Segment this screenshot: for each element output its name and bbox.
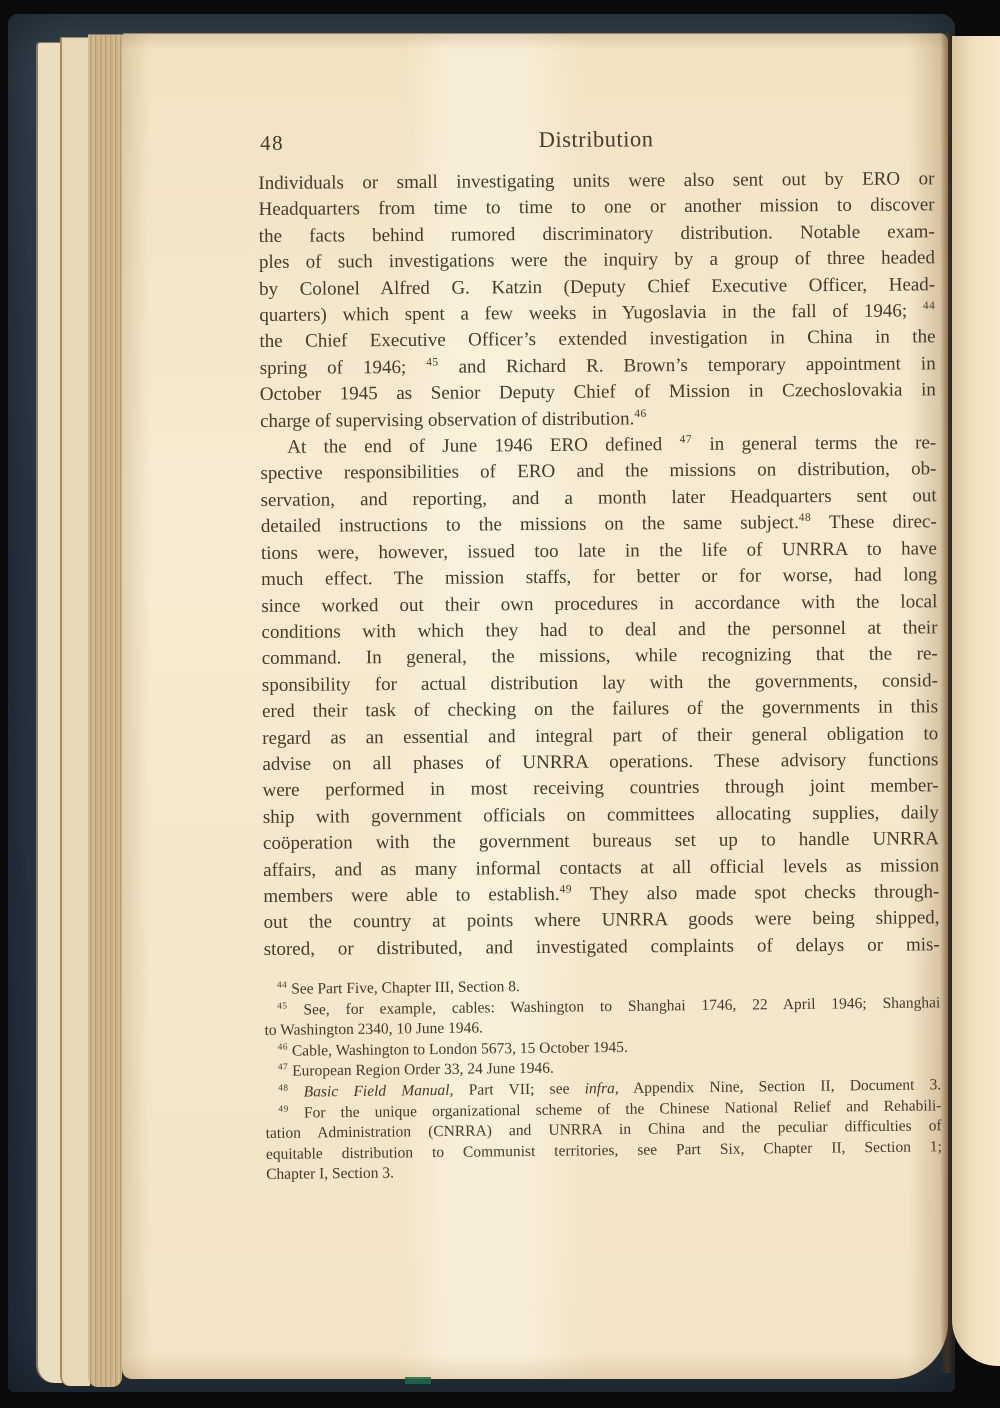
footnote-ref: 49 bbox=[278, 1104, 288, 1114]
text-run: much effect. The mission staffs, for bet… bbox=[261, 564, 937, 590]
footnote-ref: 47 bbox=[278, 1063, 288, 1073]
text-line: stored, or distributed, and investigated… bbox=[264, 932, 940, 963]
body-paragraph: Individuals or small investigating units… bbox=[258, 166, 936, 435]
text-run: ples of such investigations were the inq… bbox=[259, 247, 935, 273]
text-run: tions were, however, issued too late in … bbox=[261, 538, 937, 564]
footnote-ref: 44 bbox=[277, 981, 287, 991]
book-page: 48 Distribution Individuals or small inv… bbox=[122, 33, 948, 1379]
footnote-ref: 49 bbox=[560, 883, 572, 895]
footnote-ref: 44 bbox=[923, 300, 935, 312]
text-run: stored, or distributed, and investigated… bbox=[264, 934, 940, 960]
text-run: At the end of June 1946 ERO defined bbox=[287, 434, 680, 458]
footnote-ref: 45 bbox=[426, 356, 438, 368]
text-run: charge of supervising observation of dis… bbox=[260, 408, 634, 432]
text-run: Headquarters from time to time to one or… bbox=[258, 195, 934, 221]
scan-artifact bbox=[405, 1377, 431, 1384]
text-block: 48 Distribution Individuals or small inv… bbox=[258, 124, 941, 1186]
text-run: were performed in most receiving countri… bbox=[263, 776, 939, 802]
text-run: out the country at points where UNRRA go… bbox=[263, 908, 939, 934]
text-run: detailed instructions to the missions on… bbox=[261, 513, 799, 538]
text-run: They also made spot checks through- bbox=[572, 881, 939, 905]
facing-page bbox=[952, 36, 1000, 1366]
footnote-ref: 46 bbox=[634, 408, 646, 420]
text-run: spring of 1946; bbox=[260, 357, 427, 379]
text-run bbox=[288, 1084, 303, 1101]
text-run: command. In general, the missions, while… bbox=[262, 644, 938, 670]
text-run: See Part Five, Chapter III, Section 8. bbox=[287, 978, 520, 998]
text-run: These direc- bbox=[811, 512, 937, 534]
text-line: ered their task of checking on the failu… bbox=[262, 694, 938, 725]
text-run: to Washington 2340, 10 June 1946. bbox=[264, 1020, 483, 1039]
body-text: Individuals or small investigating units… bbox=[258, 166, 940, 963]
text-run: quarters) which spent a few weeks in Yug… bbox=[259, 300, 923, 326]
footnote-ref: 46 bbox=[278, 1043, 288, 1053]
text-run: sponsibility for actual distribution lay… bbox=[262, 670, 938, 696]
page-header: 48 Distribution bbox=[258, 124, 934, 159]
text-run: the Chief Executive Officer’s extended i… bbox=[259, 327, 935, 353]
footnote-ref: 47 bbox=[680, 434, 692, 446]
text-run: ship with government officials on commit… bbox=[263, 802, 939, 828]
footnote: 49 For the unique organizational scheme … bbox=[265, 1096, 942, 1186]
text-run: by Colonel Alfred G. Katzin (Deputy Chie… bbox=[259, 274, 935, 300]
footnotes: 44 See Part Five, Chapter III, Section 8… bbox=[264, 972, 942, 1186]
fore-edge-page-block bbox=[88, 34, 122, 1387]
page-edge-outer bbox=[36, 42, 62, 1383]
text-run: ered their task of checking on the failu… bbox=[262, 696, 938, 722]
text-run: conditions with which they had to deal a… bbox=[261, 617, 937, 643]
text-run: in general terms the re- bbox=[692, 432, 936, 455]
body-paragraph: At the end of June 1946 ERO defined 47 i… bbox=[260, 430, 940, 963]
text-run: affairs, and as many informal contacts a… bbox=[263, 855, 939, 881]
text-run: Cable, Washington to London 5673, 15 Oct… bbox=[288, 1039, 628, 1060]
footnote-ref: 45 bbox=[277, 1001, 287, 1011]
footnote-ref: 48 bbox=[799, 512, 811, 524]
page-number: 48 bbox=[260, 131, 284, 156]
text-run: European Region Order 33, 24 June 1946. bbox=[288, 1060, 554, 1080]
text-run: advise on all phases of UNRRA operations… bbox=[262, 749, 938, 775]
text-line: October 1945 as Senior Deputy Chief of M… bbox=[260, 378, 936, 409]
text-line: much effect. The mission staffs, for bet… bbox=[261, 562, 937, 593]
text-line: ples of such investigations were the inq… bbox=[259, 245, 935, 276]
text-run: members were able to establish. bbox=[263, 884, 559, 907]
italic-text: Basic Field Manual bbox=[304, 1082, 450, 1101]
text-run: coöperation with the government bureaus … bbox=[263, 828, 939, 854]
text-run: regard as an essential and integral part… bbox=[262, 723, 938, 749]
text-run: , Appendix Nine, Section II, Document 3. bbox=[615, 1076, 942, 1097]
italic-text: infra bbox=[585, 1080, 615, 1097]
text-run: , Part VII; see bbox=[449, 1081, 584, 1100]
page-edge-inner bbox=[60, 37, 90, 1386]
text-line: coöperation with the government bureaus … bbox=[263, 826, 939, 857]
text-run: Individuals or small investigating units… bbox=[258, 168, 934, 194]
text-run: the facts behind rumored discriminatory … bbox=[259, 221, 935, 247]
text-run: servation, and reporting, and a month la… bbox=[261, 485, 937, 511]
running-head: Distribution bbox=[258, 124, 934, 155]
text-run: October 1945 as Senior Deputy Chief of M… bbox=[260, 380, 936, 406]
text-run: since worked out their own procedures in… bbox=[261, 591, 937, 617]
text-run: Chapter I, Section 3. bbox=[266, 1165, 394, 1183]
text-run: spective responsibilities of ERO and the… bbox=[260, 459, 936, 485]
text-run: and Richard R. Brown’s temporary appoint… bbox=[439, 353, 936, 377]
footnote-ref: 48 bbox=[278, 1084, 288, 1094]
